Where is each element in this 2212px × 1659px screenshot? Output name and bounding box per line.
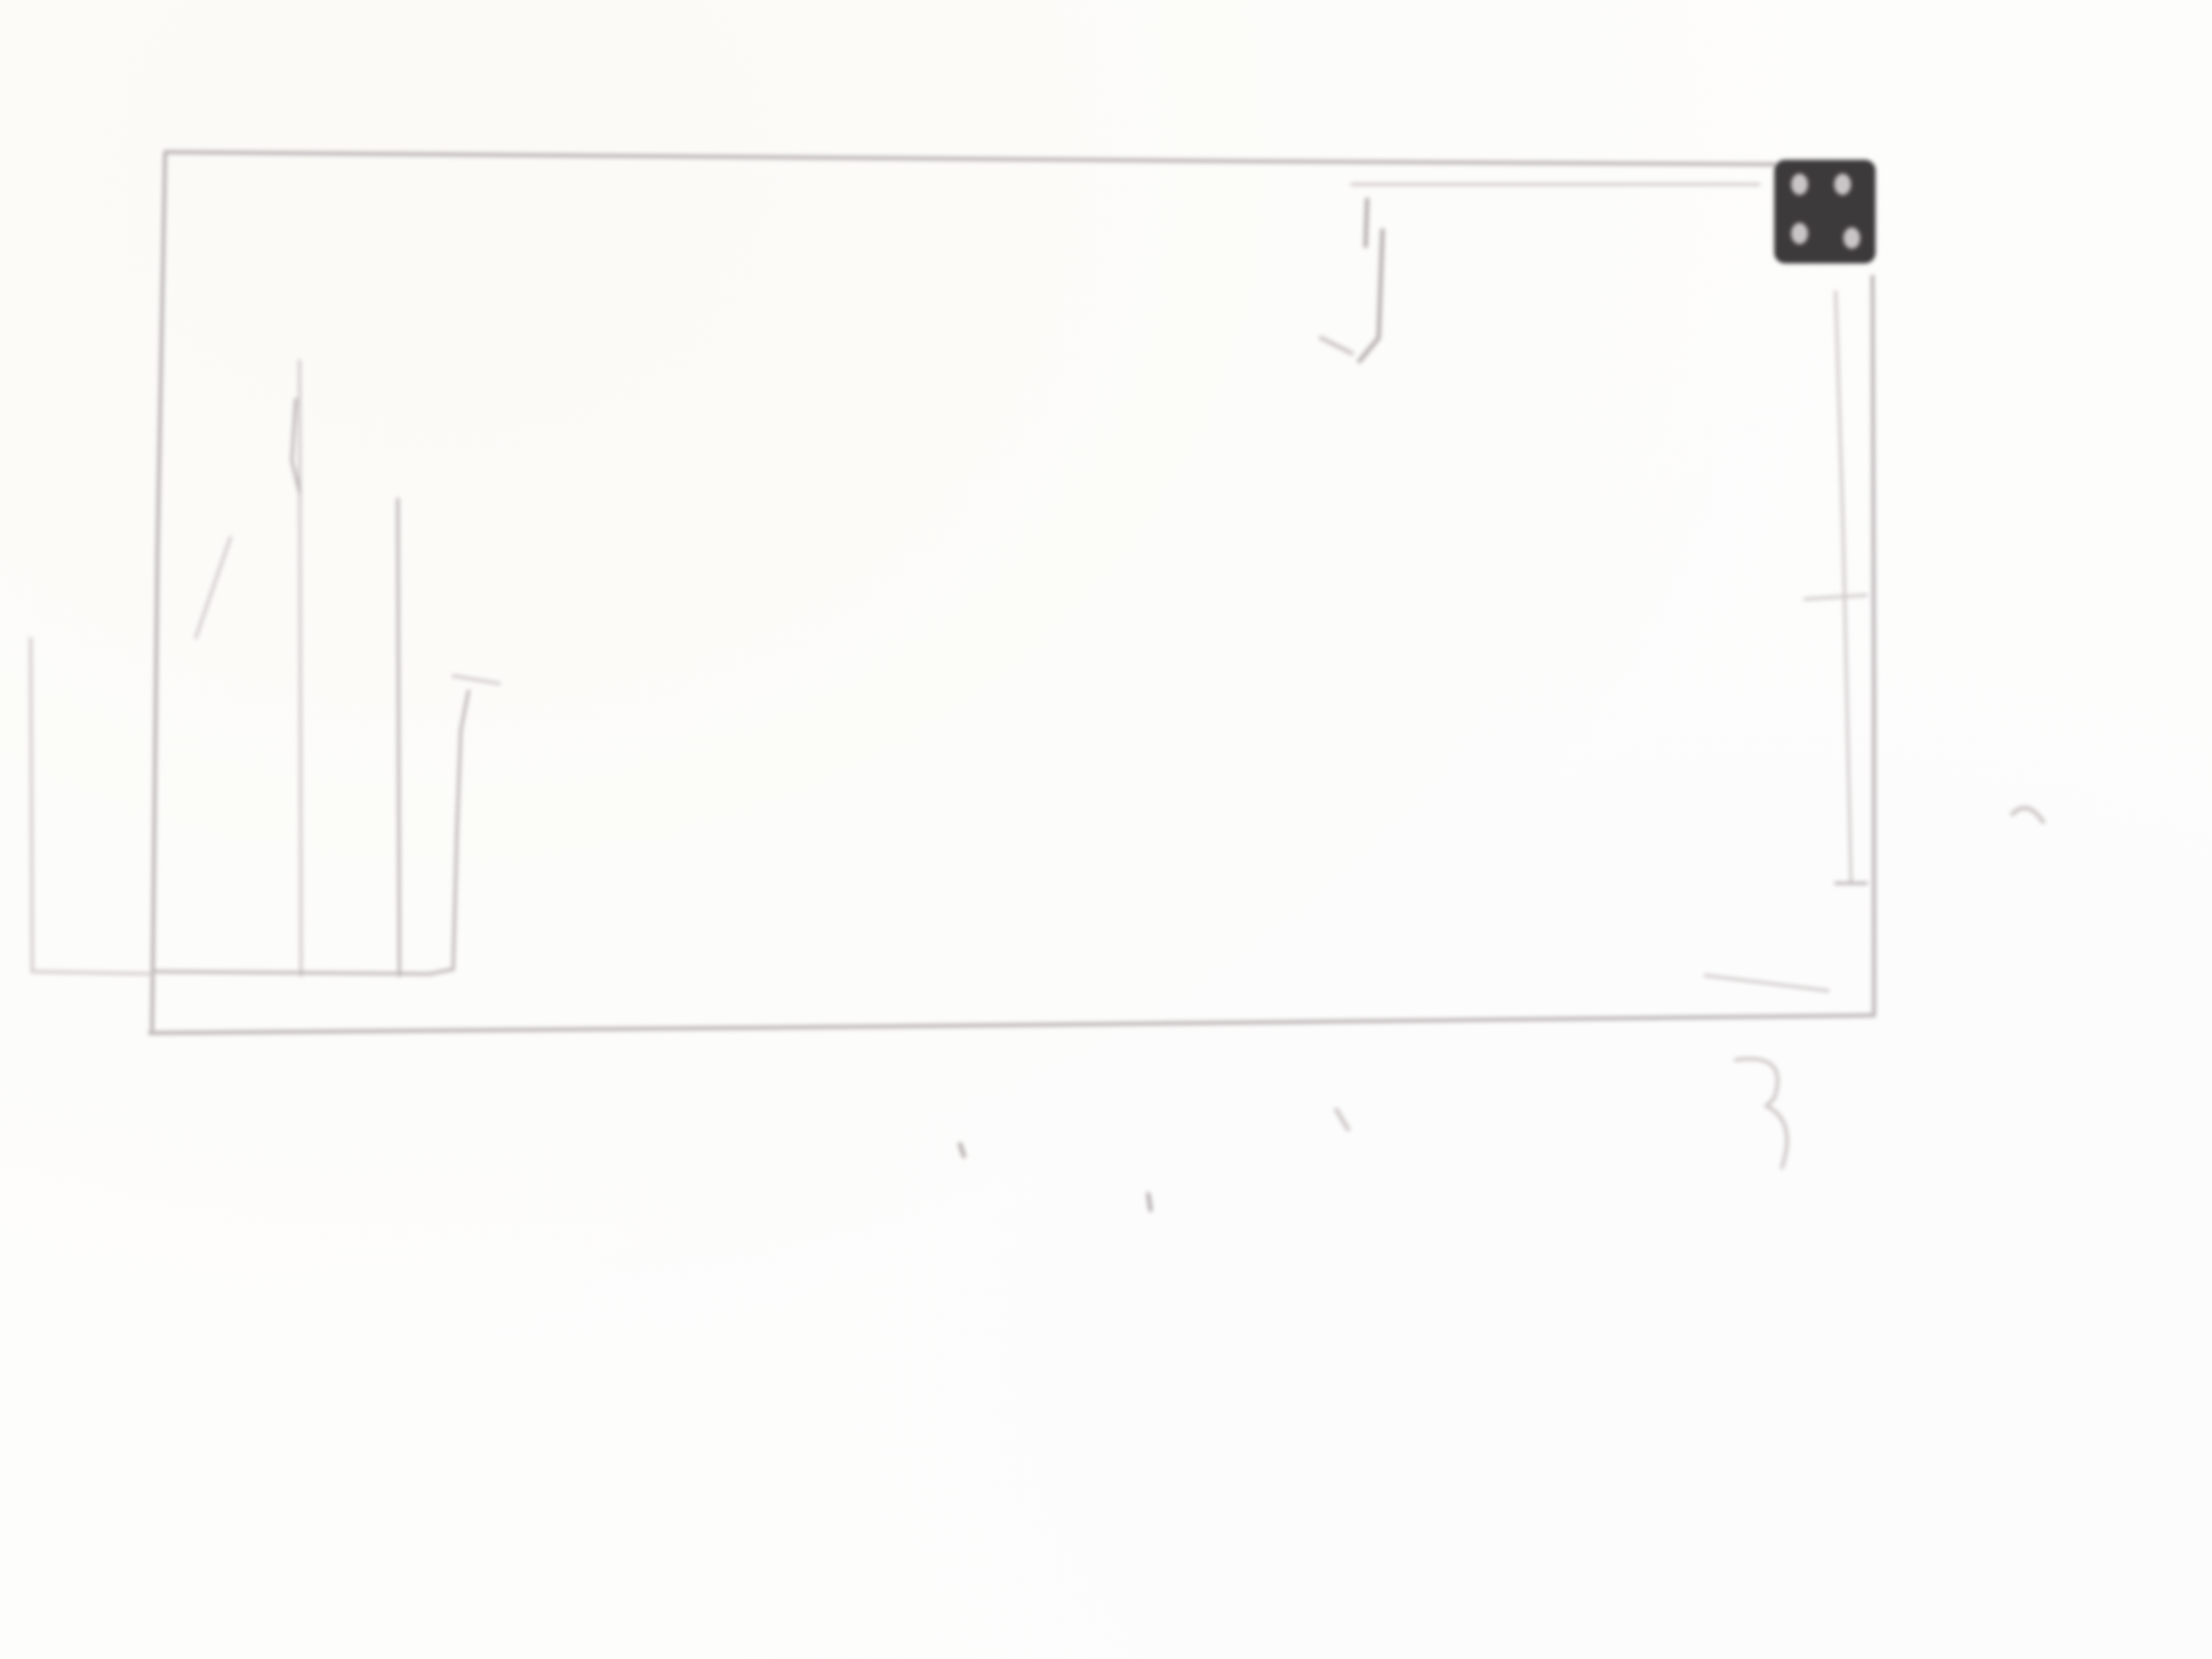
- pencil-sketch: [0, 0, 2212, 1659]
- corner-dot: [1834, 174, 1851, 195]
- sketch-stray-dashes: [960, 808, 2043, 1210]
- corner-block: [1774, 160, 1876, 263]
- sketch-left-bracket: [31, 637, 154, 974]
- corner-dot: [1843, 227, 1860, 249]
- corner-dot: [1791, 174, 1808, 195]
- sketch-hook-mark: [1321, 200, 1382, 361]
- sketch-frame: [150, 152, 1874, 1033]
- corner-dot: [1791, 223, 1808, 244]
- sketch-inner-right: [1352, 184, 1866, 991]
- sketch-curve-mark: [1736, 1059, 1787, 1167]
- sketch-inner-left: [154, 361, 499, 975]
